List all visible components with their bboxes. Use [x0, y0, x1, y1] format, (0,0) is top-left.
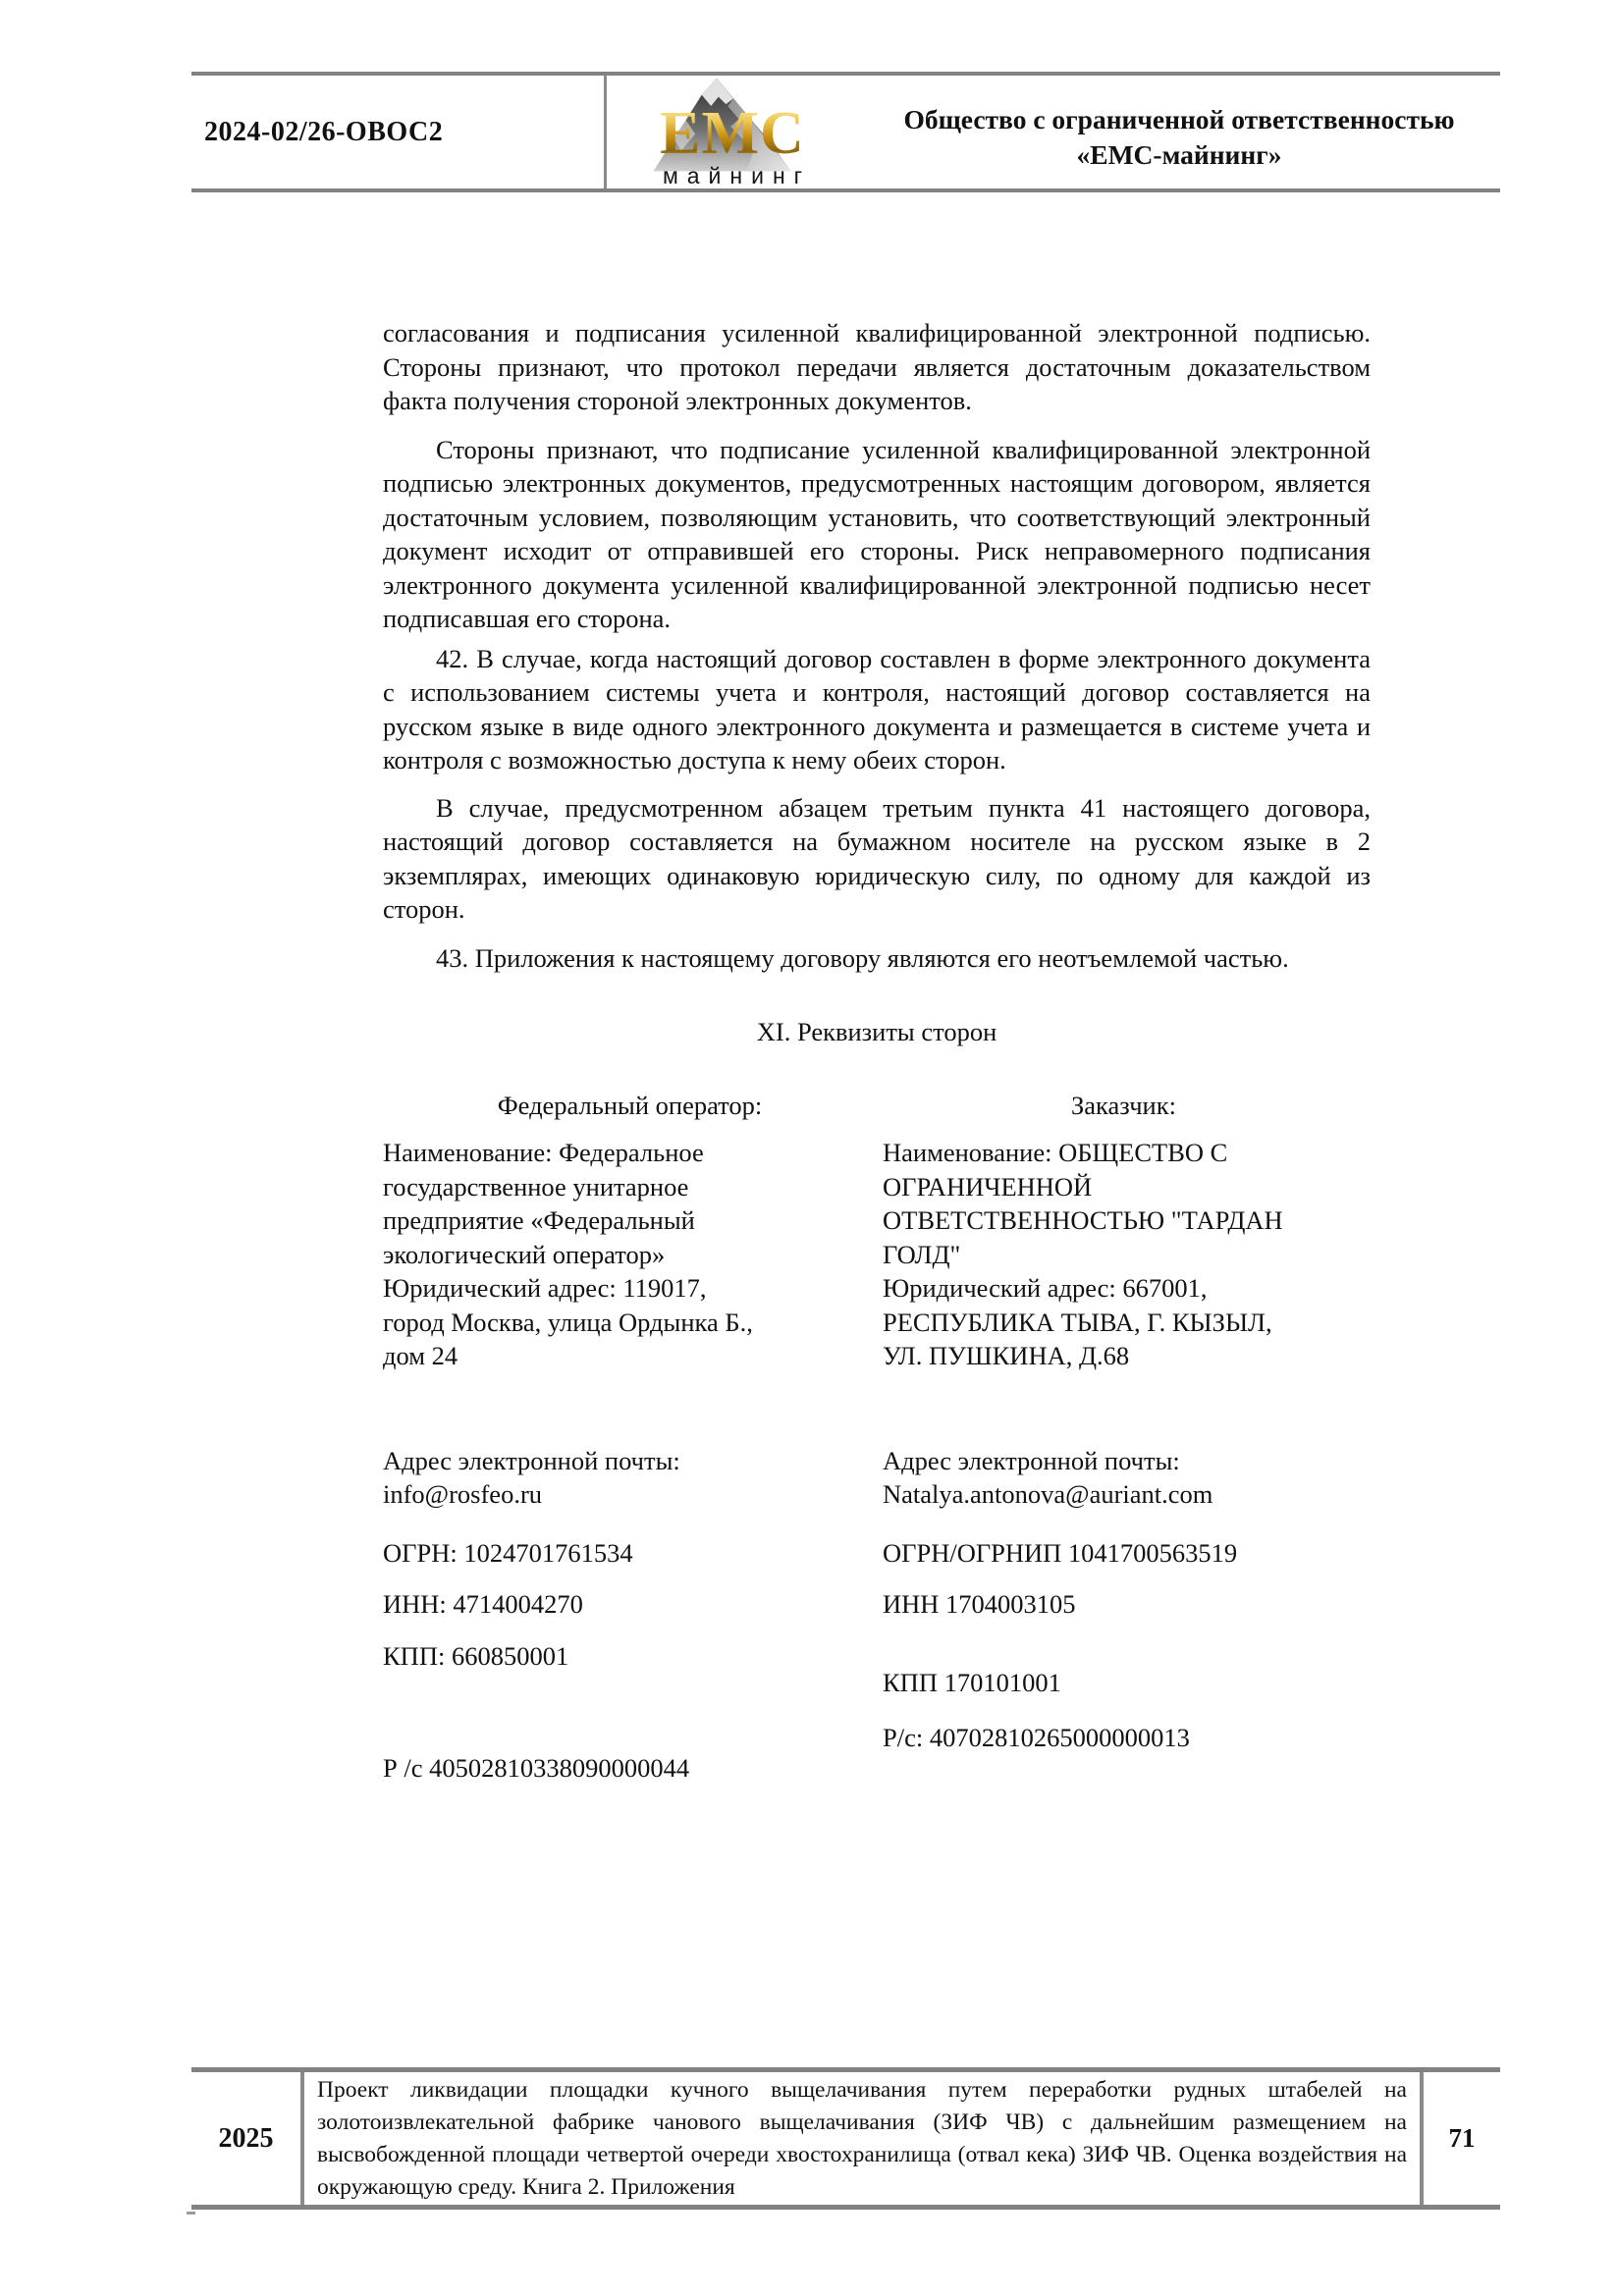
- logo-cell: ЕМС майнинг: [607, 76, 858, 188]
- footer-year: 2025: [191, 2072, 304, 2205]
- footer-tick-mark: [187, 2212, 195, 2215]
- party-inn: ИНН: 4714004270: [383, 1587, 854, 1622]
- party-federal-operator: Наименование: Федеральное государственно…: [383, 1136, 854, 1786]
- party-kpp: КПП 170101001: [883, 1666, 1371, 1700]
- emc-mining-logo: ЕМС майнинг: [624, 76, 840, 188]
- party-email: Адрес электронной почты: Natalya.antonov…: [883, 1444, 1371, 1512]
- party-customer: Наименование: ОБЩЕСТВО С ОГРАНИЧЕННОЙ ОТ…: [883, 1136, 1371, 1786]
- party-name: Наименование: ОБЩЕСТВО С ОГРАНИЧЕННОЙ ОТ…: [883, 1136, 1371, 1271]
- logo-emc-text: ЕМС: [624, 103, 840, 164]
- party-ogrn: ОГРН: 1024701761534: [383, 1536, 854, 1571]
- footer-project-title: Проект ликвидации площадки кучного выщел…: [304, 2072, 1424, 2205]
- party-inn: ИНН 1704003105: [883, 1587, 1371, 1622]
- footer-project-text: Проект ликвидации площадки кучного выщел…: [317, 2074, 1407, 2204]
- party-kpp: КПП: 660850001: [383, 1639, 854, 1674]
- party-account: Р/с: 40702810265000000013: [883, 1721, 1371, 1755]
- section-heading: XI. Реквизиты сторон: [383, 1015, 1371, 1049]
- page-header: 2024-02/26-ОВОС2: [191, 72, 1500, 192]
- party-legal-address: Юридический адрес: 119017, город Москва,…: [383, 1271, 854, 1373]
- company-name: Общество с ограниченной ответственностью…: [858, 92, 1500, 173]
- page-footer: 2025 Проект ликвидации площадки кучного …: [191, 2067, 1500, 2210]
- party-name: Наименование: Федеральное государственно…: [383, 1136, 854, 1271]
- paragraph: 43. Приложения к настоящему договору явл…: [383, 941, 1371, 976]
- party-legal-address: Юридический адрес: 667001, РЕСПУБЛИКА ТЫ…: [883, 1271, 1371, 1373]
- contract-text: согласования и подписания усиленной квал…: [383, 316, 1371, 1786]
- document-page: 2024-02/26-ОВОС2: [0, 0, 1616, 2296]
- paragraph: согласования и подписания усиленной квал…: [383, 316, 1371, 418]
- paragraph: В случае, предусмотренном абзацем третьи…: [383, 791, 1371, 927]
- party-roles-row: Федеральный оператор: Заказчик:: [383, 1089, 1371, 1123]
- page-number: 71: [1424, 2072, 1500, 2205]
- logo-subtitle: майнинг: [624, 164, 840, 187]
- document-number: 2024-02/26-ОВОС2: [191, 76, 607, 188]
- party-ogrn: ОГРН/ОГРНИП 1041700563519: [883, 1536, 1371, 1571]
- role-customer: Заказчик:: [877, 1089, 1371, 1123]
- party-account: Р /с 40502810338090000044: [383, 1751, 854, 1786]
- paragraph: 42. В случае, когда настоящий договор со…: [383, 642, 1371, 777]
- role-federal-operator: Федеральный оператор:: [383, 1089, 877, 1123]
- party-email: Адрес электронной почты: info@rosfeo.ru: [383, 1444, 854, 1512]
- paragraph: Стороны признают, что подписание усиленн…: [383, 433, 1371, 636]
- parties-details: Наименование: Федеральное государственно…: [383, 1136, 1371, 1786]
